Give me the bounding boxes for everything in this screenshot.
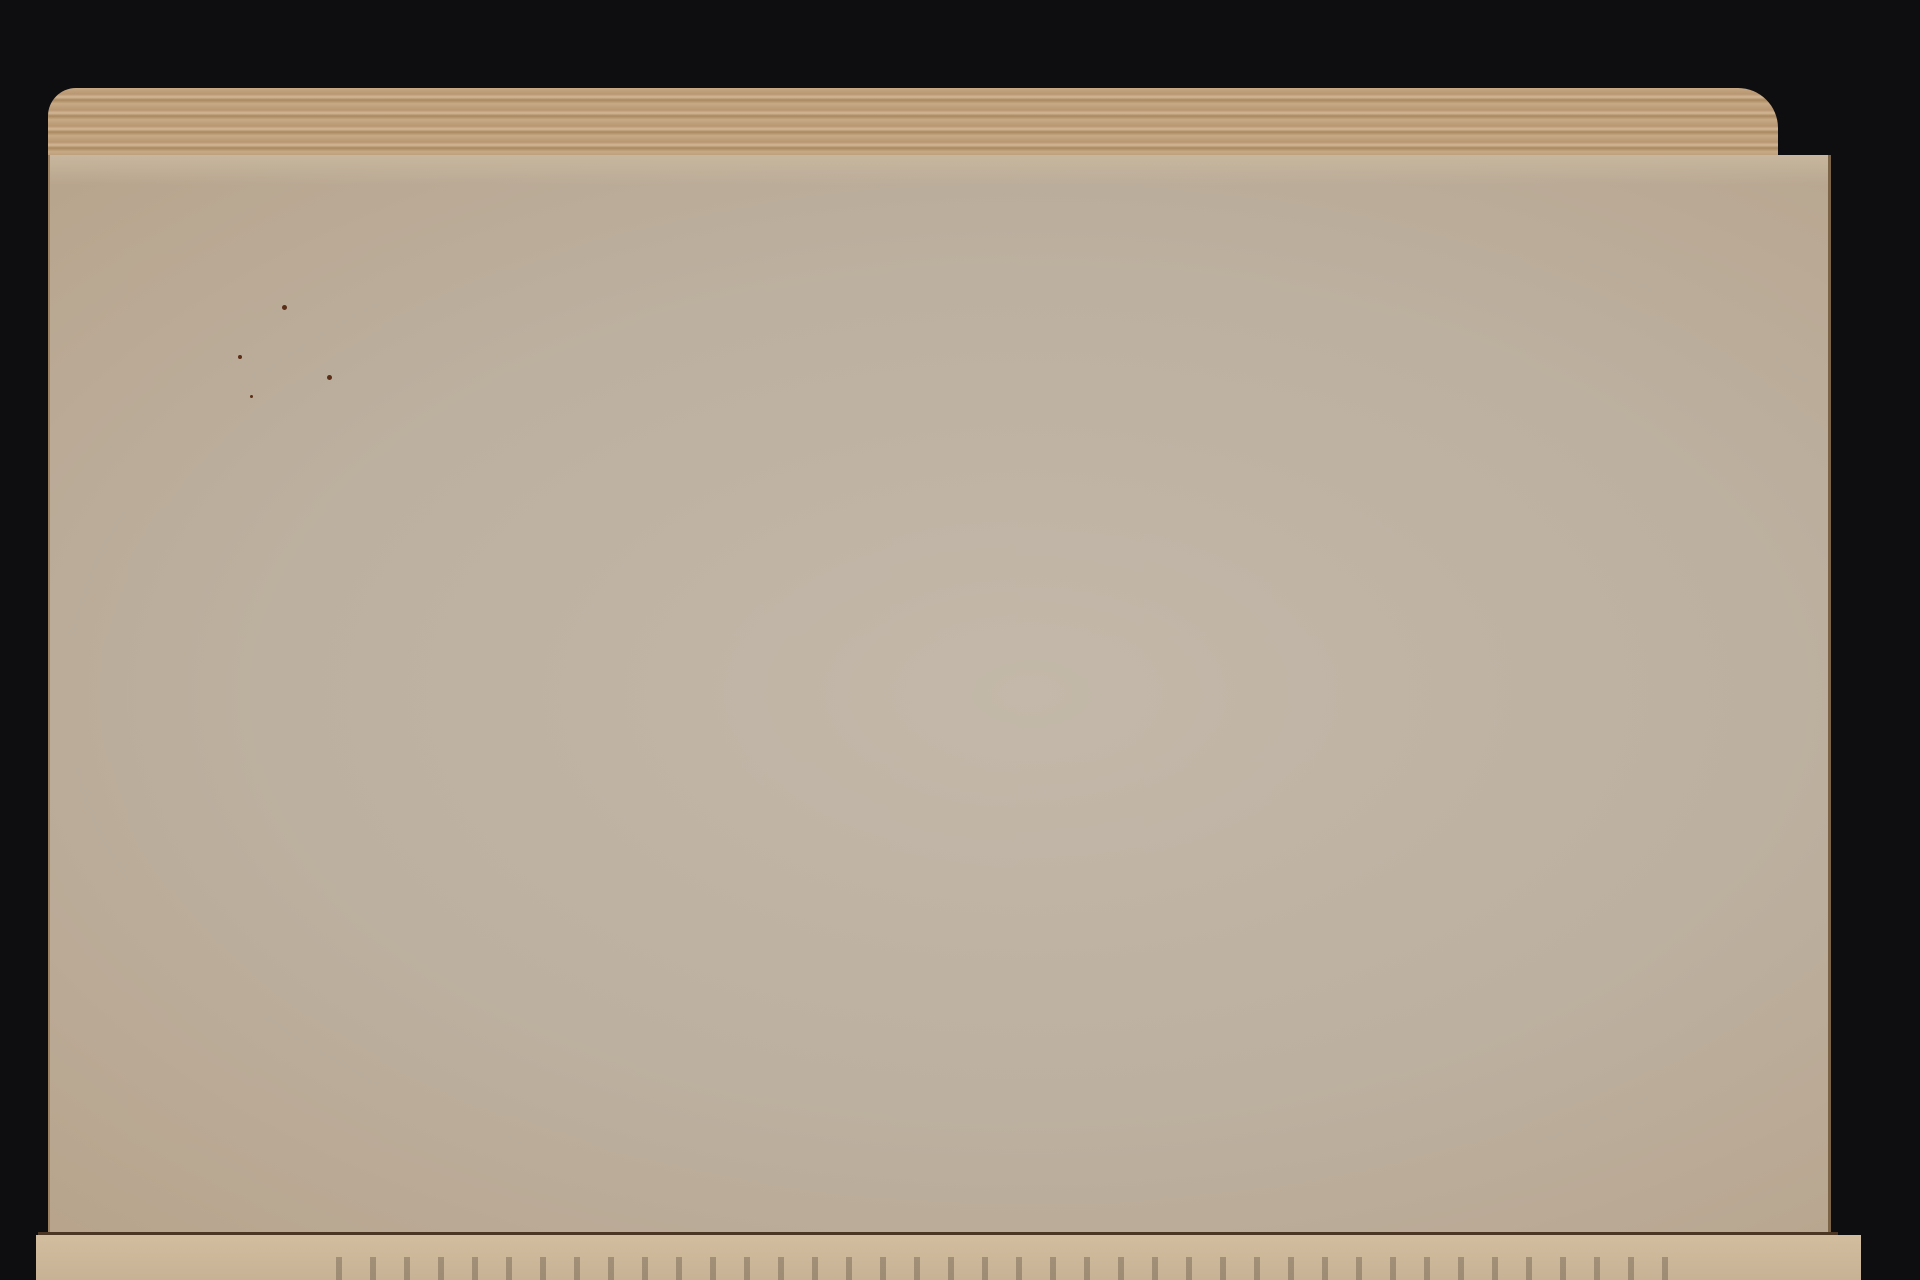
opposite-page	[36, 1235, 1861, 1280]
foxing-spot	[238, 355, 242, 359]
page-text-block	[272, 383, 1672, 1153]
opposite-page-text-fragments	[336, 1257, 1696, 1280]
foxing-spot	[282, 305, 287, 310]
foxing-spot	[250, 395, 253, 398]
foxing-spot	[327, 375, 332, 380]
page-top-shade	[50, 155, 1828, 185]
